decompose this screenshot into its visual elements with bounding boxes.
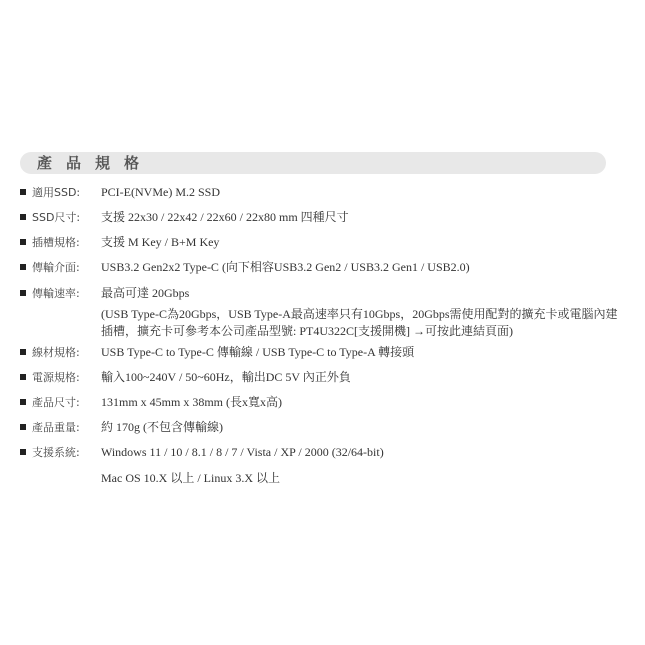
spec-label: SSD尺寸:: [32, 209, 80, 226]
bullet-icon: [20, 290, 26, 296]
spec-label: 線材規格:: [32, 344, 80, 361]
spec-label: 電源規格:: [32, 369, 80, 386]
spec-value: 最高可達 20Gbps: [101, 285, 189, 302]
spec-value: USB Type-C to Type-C 傳輸線 / USB Type-C to…: [101, 344, 414, 361]
bullet-icon: [20, 214, 26, 220]
spec-value: 131mm x 45mm x 38mm (長x寬x高): [101, 394, 282, 411]
spec-label: 傳輸介面:: [32, 259, 80, 276]
spec-value: 輸入100~240V / 50~60Hz，輸出DC 5V 內正外負: [101, 369, 351, 386]
spec-label: 支援系統:: [32, 444, 80, 461]
spec-value: 支援 M Key / B+M Key: [101, 234, 219, 251]
spec-note-line2[interactable]: 插槽，擴充卡可參考本公司產品型號: PT4U322C[支援開機] →可按此連結頁…: [101, 323, 621, 339]
spec-label: 插槽規格:: [32, 234, 80, 251]
bullet-icon: [20, 349, 26, 355]
spec-note-line1: (USB Type-C為20Gbps，USB Type-A最高速率只有10Gbp…: [101, 306, 621, 322]
spec-label: 產品重量:: [32, 419, 80, 436]
bullet-icon: [20, 374, 26, 380]
bullet-icon: [20, 239, 26, 245]
spec-value: PCI-E(NVMe) M.2 SSD: [101, 184, 220, 201]
bullet-icon: [20, 264, 26, 270]
spec-label: 適用SSD:: [32, 184, 80, 201]
spec-value: 支援 22x30 / 22x42 / 22x60 / 22x80 mm 四種尺寸: [101, 209, 349, 226]
bullet-icon: [20, 399, 26, 405]
spec-value: USB3.2 Gen2x2 Type-C (向下相容USB3.2 Gen2 / …: [101, 259, 470, 276]
spec-label: 產品尺寸:: [32, 394, 80, 411]
bullet-icon: [20, 449, 26, 455]
section-title: 產品規格: [37, 152, 153, 174]
spec-value: Windows 11 / 10 / 8.1 / 8 / 7 / Vista / …: [101, 444, 384, 461]
spec-value: 約 170g (不包含傳輸線): [101, 419, 223, 436]
bullet-icon: [20, 424, 26, 430]
bullet-icon: [20, 189, 26, 195]
spec-label: 傳輸速率:: [32, 285, 80, 302]
spec-value-line2: Mac OS 10.X 以上 / Linux 3.X 以上: [101, 470, 280, 487]
